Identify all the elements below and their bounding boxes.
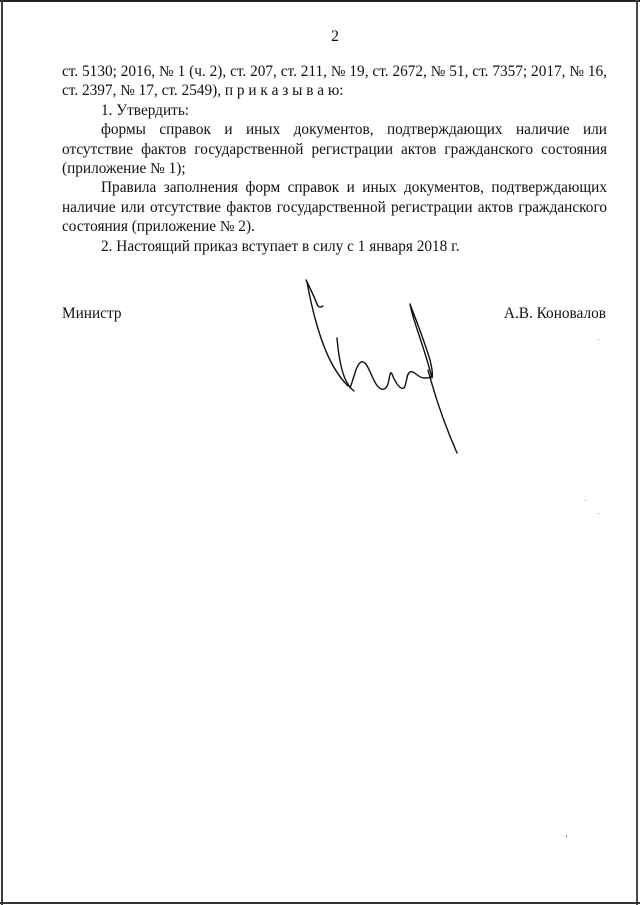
signer-title: Министр xyxy=(62,304,121,323)
signer-name: А.В. Коновалов xyxy=(504,304,606,323)
item-1-heading: 1. Утвердить: xyxy=(62,101,607,120)
scan-speck xyxy=(585,500,586,501)
scan-speck xyxy=(598,513,599,514)
scan-edge-right xyxy=(636,0,638,905)
item-1-forms-paragraph: формы справок и иных документов, подтвер… xyxy=(62,120,607,178)
document-body: ст. 5130; 2016, № 1 (ч. 2), ст. 207, ст.… xyxy=(62,62,607,256)
page-number: 2 xyxy=(0,28,640,46)
item-1-rules-paragraph: Правила заполнения форм справок и иных д… xyxy=(62,178,607,236)
scan-speck xyxy=(566,835,567,838)
scan-edge-top xyxy=(0,0,640,2)
item-2-paragraph: 2. Настоящий приказ вступает в силу с 1 … xyxy=(62,237,607,256)
handwritten-signature-icon xyxy=(290,270,470,460)
scan-edge-left xyxy=(1,0,3,905)
citation-paragraph: ст. 5130; 2016, № 1 (ч. 2), ст. 207, ст.… xyxy=(62,62,607,101)
scan-edge-bottom xyxy=(0,902,640,904)
scan-speck xyxy=(598,339,599,340)
document-page: 2 ст. 5130; 2016, № 1 (ч. 2), ст. 207, с… xyxy=(0,0,640,905)
